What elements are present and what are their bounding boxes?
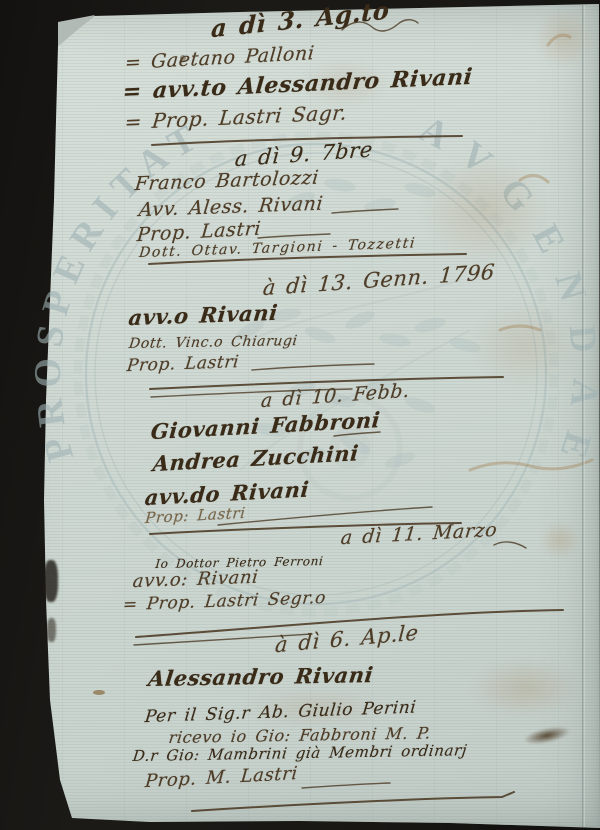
manuscript-scan: PROSPERITAT AVGENDAE	[0, 0, 600, 830]
ink-strike	[218, 507, 432, 525]
ink-dash	[332, 209, 398, 213]
entry-line: Prop. Lastri	[126, 352, 240, 376]
entry-line: Dott. Vinc.o Chiarugi	[128, 333, 299, 352]
page-fold-crease	[582, 5, 585, 827]
ink-rule	[192, 792, 514, 811]
ink-offset-mark	[548, 35, 570, 45]
entry-line: avv.o: Rivani	[132, 567, 260, 592]
ink-offset-mark	[520, 175, 548, 182]
ink-dash	[258, 234, 330, 238]
ink-offset-mark	[500, 326, 540, 330]
entry-line: avv.o Rivani	[127, 300, 279, 330]
ink-dash	[252, 364, 374, 370]
flourish	[494, 542, 526, 548]
ink-offset-mark	[470, 460, 592, 470]
ink-dash	[302, 783, 390, 788]
entry-line: Alessandro Rivani	[147, 662, 375, 691]
